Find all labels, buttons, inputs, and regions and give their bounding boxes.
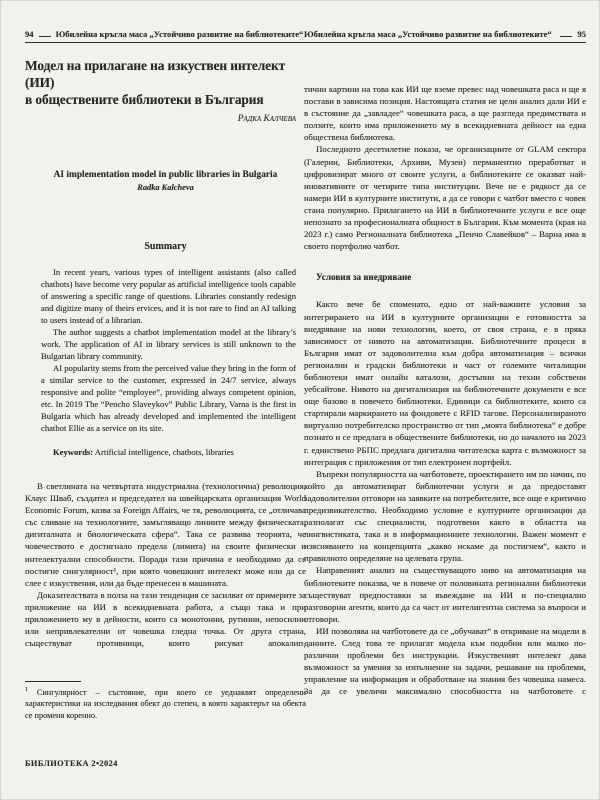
journal-footer: БИБЛИОТЕКА 2•2024 [25, 759, 118, 768]
body-paragraph: тични картини на това как ИИ ще вземе пр… [304, 83, 586, 143]
article-title-line2: в обществените библиотеки в България [25, 91, 306, 108]
body-text-left: В светлината на четвъртата индустриална … [25, 480, 306, 649]
article-title-line1: Модел на прилагане на изкуствен интелект… [25, 57, 306, 91]
body-paragraph: ИИ позволява на чатботовете да се „обуча… [304, 625, 586, 698]
article-title: Модел на прилагане на изкуствен интелект… [25, 57, 306, 108]
summary-heading: Summary [25, 241, 306, 252]
page-number-left: 94 [25, 29, 34, 39]
body-paragraph: Както вече бе споменато, едно от най-важ… [304, 298, 586, 467]
summary-paragraph: In recent years, various types of intell… [41, 266, 296, 326]
page-right: Юбилейна кръгла маса „Устойчиво развитие… [304, 29, 586, 773]
english-title: AI implementation model in public librar… [25, 170, 306, 181]
section-heading: Условия за внедряване [304, 271, 586, 283]
page-left: 94 Юбилейна кръгла маса „Устойчиво разви… [25, 29, 306, 773]
running-head-left-text: Юбилейна кръгла маса „Устойчиво развитие… [56, 29, 304, 39]
header-dash-icon [560, 36, 572, 37]
body-paragraph: Въпреки популярността на чатботовете, пр… [304, 468, 586, 565]
body-paragraph: Направеният анализ на съществуващото нив… [304, 564, 586, 624]
running-head-right: Юбилейна кръгла маса „Устойчиво развитие… [304, 29, 586, 43]
english-author: Radka Kalcheva [25, 182, 306, 193]
running-head-left: 94 Юбилейна кръгла маса „Устойчиво разви… [25, 29, 306, 43]
footnote-rule [25, 681, 81, 682]
summary-paragraph: The author suggests a chatbot implementa… [41, 326, 296, 362]
header-dash-icon [39, 36, 51, 37]
running-head-right-text: Юбилейна кръгла маса „Устойчиво развитие… [304, 29, 552, 39]
body-text-right: тични картини на това как ИИ ще вземе пр… [304, 83, 586, 698]
footnote-text: 1 Сингулярност – състояние, при което се… [25, 687, 306, 721]
author-name: Радка Калчева [25, 114, 306, 124]
keywords-text: Artificial intelligence, chatbots, libra… [93, 447, 234, 457]
page-number-right: 95 [577, 29, 586, 39]
footnote: 1 Сингулярност – състояние, при което се… [25, 681, 306, 721]
scanned-journal-spread: 94 Юбилейна кръгла маса „Устойчиво разви… [0, 0, 600, 800]
summary-paragraph: AI popularity stems from the perceived v… [41, 362, 296, 434]
keywords-line: Keywords: Artificial intelligence, chatb… [41, 446, 296, 458]
footnote-body: Сингулярност – състояние, при което се у… [25, 688, 306, 720]
summary-block: In recent years, various types of intell… [41, 266, 296, 434]
body-paragraph: Доказателствата в полза на тази тенденци… [25, 589, 306, 649]
body-paragraph: Последното десетилетие показа, че органи… [304, 143, 586, 252]
keywords-label: Keywords: [53, 447, 93, 457]
body-paragraph: В светлината на четвъртата индустриална … [25, 480, 306, 589]
